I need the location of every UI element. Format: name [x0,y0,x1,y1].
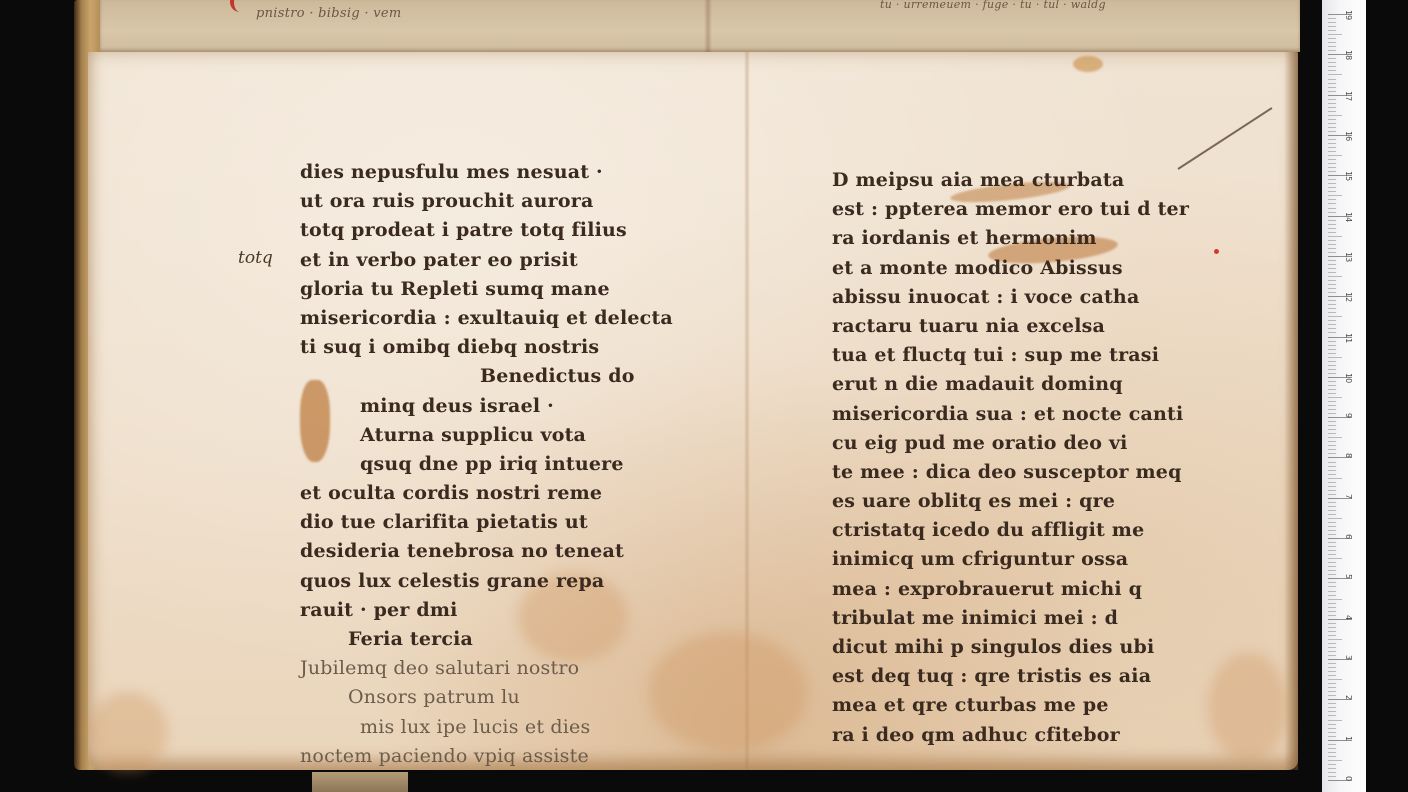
ruler-minor-tick [1328,554,1336,555]
ruler-minor-tick [1328,574,1336,575]
ruler-minor-tick [1328,691,1336,692]
ruler-minor-tick [1328,268,1336,269]
ruler-minor-tick [1328,155,1342,156]
right-text-column: D meipsu aia mea cturbata est : ppterea … [832,166,1189,750]
ruler-minor-tick [1328,772,1336,773]
ruler-minor-tick [1328,530,1336,531]
ruler-minor-tick [1328,119,1336,120]
fold-line [704,0,712,52]
ruler-minor-tick [1328,623,1336,624]
ruler-minor-tick [1328,615,1336,616]
section-heading: Feria tercia [300,625,673,654]
ruler-minor-tick [1328,341,1336,342]
text-line: et in verbo pater eo prisit [300,246,673,275]
ruler-minor-tick [1328,332,1336,333]
ruler-minor-tick [1328,643,1336,644]
ruler-minor-tick [1328,58,1336,59]
ruler-label: 14 [1344,212,1353,226]
text-line: desideria tenebrosa no teneat [300,537,673,566]
ruler-minor-tick [1328,345,1336,346]
text-line: ctristatq icedo du affligit me [832,516,1189,545]
stain [88,692,168,772]
text-line: noctem paciendo vpiq assiste [300,742,673,771]
ruler-minor-tick [1328,171,1336,172]
ruler-minor-tick [1328,542,1336,543]
ruler-minor-tick [1328,679,1342,680]
ruler-minor-tick [1328,470,1336,471]
ruler-minor-tick [1328,143,1336,144]
ruler-minor-tick [1328,151,1336,152]
ruler-minor-tick [1328,62,1336,63]
ruler-label: 1 [1344,736,1353,750]
ruler-minor-tick [1328,695,1336,696]
ruler-minor-tick [1328,607,1336,608]
ruler-minor-tick [1328,107,1336,108]
ruler-minor-tick [1328,365,1336,366]
ruler-minor-tick [1328,187,1336,188]
ruler-minor-tick [1328,764,1336,765]
ruler-minor-tick [1328,707,1336,708]
stain [1208,652,1288,762]
ruler-minor-tick [1328,514,1336,515]
text-line: tribulat me inimici mei : d [832,604,1189,633]
ruler-minor-tick [1328,353,1336,354]
ruler-minor-tick [1328,369,1336,370]
text-line: te mee : dica deo susceptor meq [832,458,1189,487]
text-line: inimicq um cfriguntur ossa [832,545,1189,574]
text-line: dicut mihi p singulos dies ubi [832,633,1189,662]
text-line: es uare oblitq es mei : qre [832,487,1189,516]
ruler-minor-tick [1328,195,1342,196]
ruler-minor-tick [1328,752,1336,753]
text-line: et a monte modico Abissus [832,254,1189,283]
ruler-minor-tick [1328,203,1336,204]
text-line: Jubilemq deo salutari nostro [300,654,673,683]
measurement-ruler: 191817161514131211109876543210 [1322,0,1366,792]
ruler-minor-tick [1328,776,1336,777]
ruler-minor-tick [1328,627,1336,628]
ruler-minor-tick [1328,405,1336,406]
ruler-minor-tick [1328,70,1336,71]
ruler-minor-tick [1328,635,1336,636]
red-initial-fragment [230,0,248,12]
ruler-minor-tick [1328,50,1336,51]
text-line: rauit · per dmi [300,596,673,625]
ruler-minor-tick [1328,546,1336,547]
ruler-minor-tick [1328,732,1336,733]
ruler-minor-tick [1328,760,1342,761]
ruler-minor-tick [1328,30,1336,31]
text-line: dio tue clarifita pietatis ut [300,508,673,537]
ruler-minor-tick [1328,284,1336,285]
ruler-minor-tick [1328,429,1336,430]
ruler-minor-tick [1328,582,1336,583]
ruler-minor-tick [1328,147,1336,148]
ruler-minor-tick [1328,300,1336,301]
ruler-minor-tick [1328,687,1336,688]
text-line: mea : exprobrauerut michi q [832,575,1189,604]
text-line: tua et fluctq tui : sup me trasi [832,341,1189,370]
text-line: est : ppterea memor ero tui d ter [832,195,1189,224]
ruler-minor-tick [1328,401,1336,402]
ruler-label: 12 [1344,292,1353,306]
ruler-label: 19 [1344,10,1353,24]
ruler-label: 6 [1344,534,1353,548]
ruler-label: 9 [1344,413,1353,427]
ruler-minor-tick [1328,482,1336,483]
ruler-minor-tick [1328,46,1336,47]
ruler-minor-tick [1328,675,1336,676]
ruler-minor-tick [1328,87,1336,88]
text-line: ractaru tuaru nia excelsa [832,312,1189,341]
ruler-minor-tick [1328,711,1336,712]
ruler-minor-tick [1328,724,1336,725]
ruler-minor-tick [1328,349,1336,350]
stain [1073,56,1103,72]
text-line: misericordia sua : et nocte canti [832,400,1189,429]
text-line: qsuq dne pp iriq intuere [300,450,673,479]
ruler-label: 10 [1344,373,1353,387]
ruler-minor-tick [1328,167,1336,168]
ruler-minor-tick [1328,736,1336,737]
ruler-minor-tick [1328,276,1342,277]
ruler-minor-tick [1328,453,1336,454]
ruler-minor-tick [1328,308,1336,309]
ruler-minor-tick [1328,720,1342,721]
ruler-minor-tick [1328,639,1342,640]
ruler-minor-tick [1328,421,1336,422]
ruler-minor-tick [1328,66,1336,67]
ruler-minor-tick [1328,474,1336,475]
ruler-minor-tick [1328,506,1336,507]
text-line: gloria tu Repleti sumq mane [300,275,673,304]
ruler-label: 16 [1344,131,1353,145]
ruler-minor-tick [1328,191,1336,192]
ruler-minor-tick [1328,26,1336,27]
ruler-minor-tick [1328,437,1342,438]
ruler-minor-tick [1328,212,1336,213]
ruler-minor-tick [1328,393,1336,394]
ruler-label: 11 [1344,333,1353,347]
page-right-edge [1284,52,1298,770]
ruler-minor-tick [1328,425,1336,426]
text-line: ti suq i omibq diebq nostris [300,333,673,362]
ruler-minor-tick [1328,115,1342,116]
ruler-minor-tick [1328,163,1336,164]
ruler-minor-tick [1328,449,1336,450]
text-line: Onsors patrum lu [300,683,673,712]
ruler-minor-tick [1328,385,1336,386]
ruler-minor-tick [1328,715,1336,716]
ruler-label: 8 [1344,453,1353,467]
ruler-label: 18 [1344,50,1353,64]
ruler-minor-tick [1328,34,1342,35]
ruler-minor-tick [1328,280,1336,281]
ruler-label: 4 [1344,615,1353,629]
ruler-minor-tick [1328,127,1336,128]
ruler-minor-tick [1328,586,1336,587]
text-line: dies nepusfulu mes nesuat · [300,158,673,187]
ruler-minor-tick [1328,655,1336,656]
ruler-minor-tick [1328,22,1336,23]
ruler-minor-tick [1328,328,1336,329]
ruler-minor-tick [1328,595,1336,596]
ruler-minor-tick [1328,312,1336,313]
ruler-minor-tick [1328,522,1336,523]
ruler-minor-tick [1328,502,1336,503]
ruler-minor-tick [1328,409,1336,410]
ruler-minor-tick [1328,494,1336,495]
ruler-minor-tick [1328,42,1336,43]
ruler-label: 3 [1344,655,1353,669]
ruler-minor-tick [1328,183,1336,184]
ruler-minor-tick [1328,550,1336,551]
text-line: abissu inuocat : i voce catha [832,283,1189,312]
ruler-minor-tick [1328,103,1336,104]
ruler-minor-tick [1328,179,1336,180]
ruler-minor-tick [1328,381,1336,382]
ruler-minor-tick [1328,272,1336,273]
text-line: ra i deo qm adhuc cfitebor [832,721,1189,750]
ruler-minor-tick [1328,591,1336,592]
ruler-minor-tick [1328,220,1336,221]
ruler-minor-tick [1328,558,1342,559]
ruler-minor-tick [1328,478,1342,479]
previous-folio-strip: pnistro · bibsig · vem tu · urremeuem · … [100,0,1300,52]
ruler-minor-tick [1328,671,1336,672]
ruler-minor-tick [1328,99,1336,100]
ruler-minor-tick [1328,232,1336,233]
text-line: Benedictus do [300,362,673,391]
ruler-minor-tick [1328,647,1336,648]
ruler-minor-tick [1328,462,1336,463]
ruler-label: 13 [1344,252,1353,266]
ruler-minor-tick [1328,199,1336,200]
ruler-minor-tick [1328,510,1336,511]
ruler-minor-tick [1328,663,1336,664]
ruler-minor-tick [1328,433,1336,434]
ruler-minor-tick [1328,304,1336,305]
ruler-minor-tick [1328,683,1336,684]
ruler-minor-tick [1328,526,1336,527]
ruler-minor-tick [1328,320,1336,321]
text-line: Aturna supplicu vota [300,421,673,450]
ruler-minor-tick [1328,361,1336,362]
ruler-minor-tick [1328,248,1336,249]
ruler-minor-tick [1328,611,1336,612]
ruler-label: 5 [1344,574,1353,588]
ruler-minor-tick [1328,79,1336,80]
ruler-minor-tick [1328,228,1336,229]
ruler-minor-tick [1328,397,1342,398]
ruler-minor-tick [1328,316,1342,317]
text-line: est deq tuq : qre tristis es aia [832,662,1189,691]
ruler-minor-tick [1328,139,1336,140]
text-line: mis lux ipe lucis et dies [300,713,673,742]
manuscript-photograph: pnistro · bibsig · vem tu · urremeuem · … [0,0,1408,792]
ruler-minor-tick [1328,111,1336,112]
ruler-minor-tick [1328,703,1336,704]
ruler-minor-tick [1328,252,1336,253]
ruler-minor-tick [1328,83,1336,84]
ruler-minor-tick [1328,74,1342,75]
ruler-minor-tick [1328,91,1336,92]
text-line: D meipsu aia mea cturbata [832,166,1189,195]
ruler-minor-tick [1328,264,1336,265]
ruler-minor-tick [1328,324,1336,325]
text-line: mea et qre cturbas me pe [832,691,1189,720]
top-strip-right-text: tu · urremeuem · fuge · tu · tul · waldg [880,0,1106,11]
ruler-minor-tick [1328,292,1336,293]
ruler-label: 0 [1344,776,1353,790]
ruler-minor-tick [1328,570,1336,571]
text-line: cu eig pud me oratio deo vi [832,429,1189,458]
ruler-label: 2 [1344,695,1353,709]
ruler-minor-tick [1328,490,1336,491]
ruler-minor-tick [1328,599,1342,600]
ruler-minor-tick [1328,389,1336,390]
ruler-minor-tick [1328,123,1336,124]
ruler-minor-tick [1328,236,1342,237]
ruler-minor-tick [1328,208,1336,209]
text-line: et oculta cordis nostri reme [300,479,673,508]
top-strip-left-text: pnistro · bibsig · vem [256,6,402,21]
left-text-column: dies nepusfulu mes nesuat · ut ora ruis … [300,158,673,771]
text-line: ut ora ruis prouchit aurora [300,187,673,216]
ruler-minor-tick [1328,466,1336,467]
ruler-minor-tick [1328,288,1336,289]
ruler-minor-tick [1328,748,1336,749]
bottom-tab [312,772,408,792]
ruler-minor-tick [1328,18,1336,19]
text-line: ra iordanis et hermonim [832,224,1189,253]
ruler-minor-tick [1328,744,1336,745]
ruler-minor-tick [1328,562,1336,563]
ruler-minor-tick [1328,518,1342,519]
ruler-minor-tick [1328,566,1336,567]
text-line: erut n die madauit dominq [832,370,1189,399]
ruler-minor-tick [1328,768,1336,769]
ruler-minor-tick [1328,486,1336,487]
text-line: quos lux celestis grane repa [300,567,673,596]
ruler-label: 7 [1344,494,1353,508]
ruler-minor-tick [1328,728,1336,729]
ruler-label: 17 [1344,91,1353,105]
ruler-minor-tick [1328,413,1336,414]
ruler-minor-tick [1328,445,1336,446]
red-ink-dot [1214,249,1219,254]
ruler-minor-tick [1328,260,1336,261]
ruler-label: 15 [1344,171,1353,185]
ruler-minor-tick [1328,603,1336,604]
ruler-minor-tick [1328,224,1336,225]
ruler-minor-tick [1328,240,1336,241]
ruler-minor-tick [1328,651,1336,652]
ruler-minor-tick [1328,631,1336,632]
ruler-minor-tick [1328,244,1336,245]
text-line: totq prodeat i patre totq filius [300,216,673,245]
ruler-minor-tick [1328,373,1336,374]
ruler-minor-tick [1328,756,1336,757]
text-line: misericordia : exultauiq et delecta [300,304,673,333]
ruler-minor-tick [1328,441,1336,442]
margin-note: totq [238,248,273,268]
ruler-minor-tick [1328,131,1336,132]
text-line: minq deus israel · [300,392,673,421]
ruler-minor-tick [1328,534,1336,535]
ruler-minor-tick [1328,667,1336,668]
ruler-minor-tick [1328,357,1342,358]
ruler-minor-tick [1328,159,1336,160]
ruler-minor-tick [1328,38,1336,39]
